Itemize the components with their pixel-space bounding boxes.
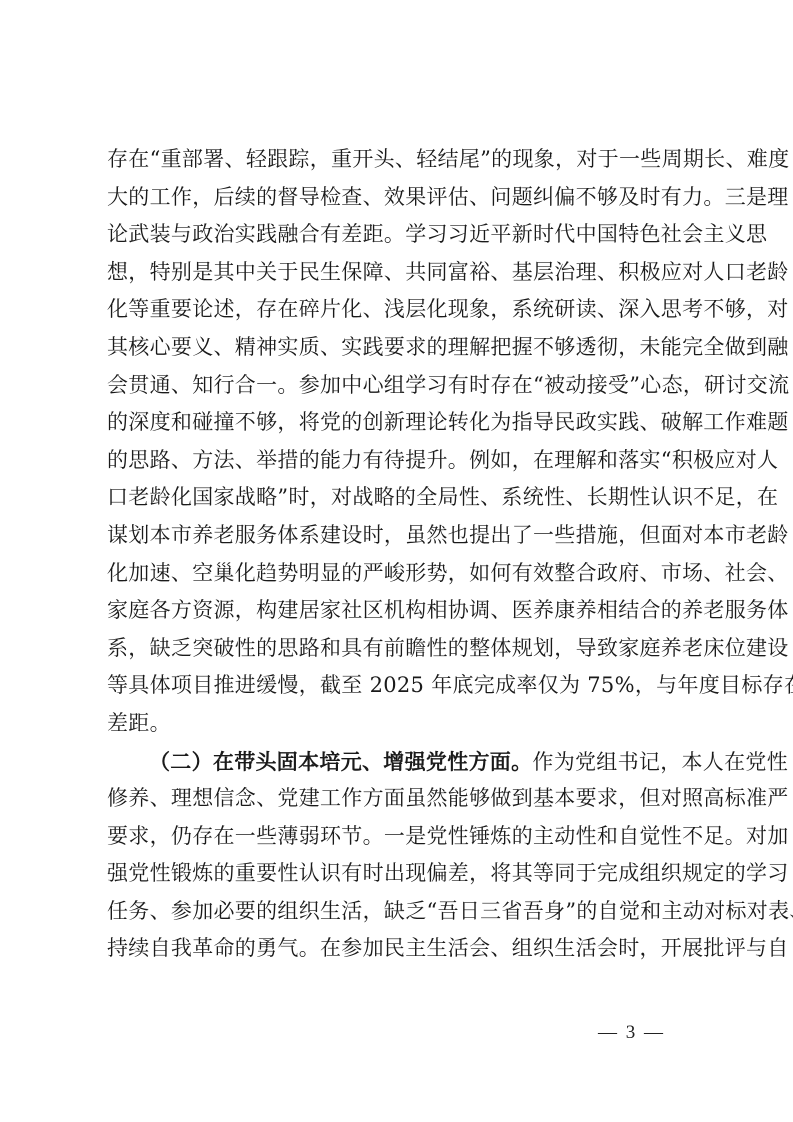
text-line: 谋划本市养老服务体系建设时，虽然也提出了一些措施，但面对本市老龄 <box>107 517 689 555</box>
text-line: 的思路、方法、举措的能力有待提升。例如，在理解和落实“积极应对人 <box>107 442 689 480</box>
text-line: 口老龄化国家战略”时，对战略的全局性、系统性、长期性认识不足，在 <box>107 479 689 517</box>
section-number: （二） <box>149 749 213 774</box>
text-line: 的深度和碰撞不够，将党的创新理论转化为指导民政实践、破解工作难题 <box>107 404 689 442</box>
text-line: 任务、参加必要的组织生活，缺乏“吾日三省吾身”的自觉和主动对标对表、 <box>107 893 689 931</box>
text-line: 论武装与政治实践融合有差距。学习习近平新时代中国特色社会主义思 <box>107 216 689 254</box>
text-line: 化加速、空巢化趋势明显的严峻形势，如何有效整合政府、市场、社会、 <box>107 555 689 593</box>
text-line: 想，特别是其中关于民生保障、共同富裕、基层治理、积极应对人口老龄 <box>107 254 689 292</box>
section-heading: 在带头固本培元、增强党性方面。 <box>213 749 533 774</box>
text-line: 大的工作，后续的督导检查、效果评估、问题纠偏不够及时有力。三是理 <box>107 179 689 217</box>
body-text: 存在“重部署、轻跟踪，重开头、轻结尾”的现象，对于一些周期长、难度 大的工作，后… <box>107 141 689 968</box>
text-line: 修养、理想信念、党建工作方面虽然能够做到基本要求，但对照高标准严 <box>107 780 689 818</box>
text-line: 化等重要论述，存在碎片化、浅层化现象，系统研读、深入思考不够，对 <box>107 291 689 329</box>
page-number: — 3 — <box>598 1022 665 1044</box>
paragraph-2: （二）在带头固本培元、增强党性方面。作为党组书记，本人在党性 修养、理想信念、党… <box>107 743 689 969</box>
text-fragment: 作为党组书记，本人在党性 <box>532 750 788 774</box>
text-line: 存在“重部署、轻跟踪，重开头、轻结尾”的现象，对于一些周期长、难度 <box>107 141 689 179</box>
text-line: 持续自我革命的勇气。在参加民主生活会、组织生活会时，开展批评与自 <box>107 930 689 968</box>
text-line: 会贯通、知行合一。参加中心组学习有时存在“被动接受”心态，研讨交流 <box>107 367 689 405</box>
text-line: 强党性锻炼的重要性认识有时出现偏差，将其等同于完成组织规定的学习 <box>107 855 689 893</box>
text-line: 其核心要义、精神实质、实践要求的理解把握不够透彻，未能完全做到融 <box>107 329 689 367</box>
text-line: 系，缺乏突破性的思路和具有前瞻性的整体规划，导致家庭养老床位建设 <box>107 630 689 668</box>
text-line: 等具体项目推进缓慢，截至 2025 年底完成率仅为 75%，与年度目标存在 <box>107 667 689 705</box>
document-page: 存在“重部署、轻跟踪，重开头、轻结尾”的现象，对于一些周期长、难度 大的工作，后… <box>0 0 793 1122</box>
paragraph-1: 存在“重部署、轻跟踪，重开头、轻结尾”的现象，对于一些周期长、难度 大的工作，后… <box>107 141 689 743</box>
text-line: 要求，仍存在一些薄弱环节。一是党性锤炼的主动性和自觉性不足。对加 <box>107 818 689 856</box>
text-line: 差距。 <box>107 705 689 743</box>
section-heading-line: （二）在带头固本培元、增强党性方面。作为党组书记，本人在党性 <box>107 743 689 781</box>
text-line: 家庭各方资源，构建居家社区机构相协调、医养康养相结合的养老服务体 <box>107 592 689 630</box>
